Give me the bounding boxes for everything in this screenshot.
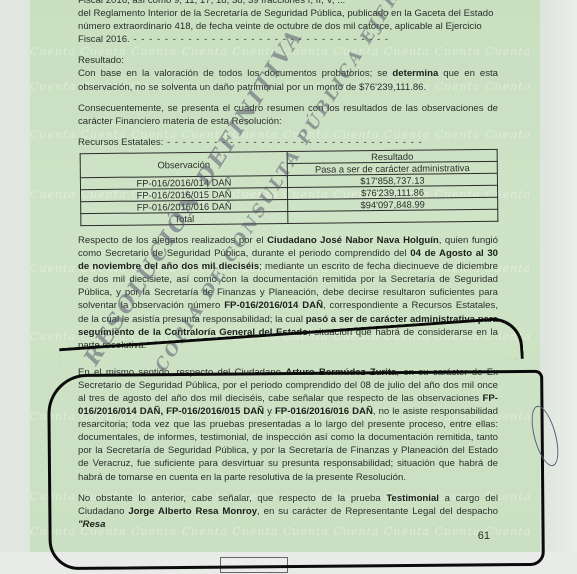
intro-line: del Reglamento Interior de la Secretaría… [78,7,498,20]
bold-run: FP-016/2016/014 DAÑ [224,300,323,311]
resultado-bold: determina [392,68,438,79]
intro-line-text: Fiscal 2016. [78,34,130,45]
consecuentemente-paragraph: Consecuentemente, se presenta el cuadro … [78,102,498,128]
marker-annotation-box [47,370,545,570]
dash-fill [130,34,389,45]
intro-line: Fiscal 2016, así como 9, 11, 17, 18, 38,… [78,0,498,7]
consecuentemente-text: Consecuentemente, se presenta el cuadro … [78,103,498,127]
cell-resultado [288,209,498,223]
bold-run: Ciudadano José Nabor Nava Holguín [267,235,439,246]
header-observacion: Observación [80,151,287,177]
recursos-label: Recursos Estatales: [78,137,163,148]
scan-margin-left [0,0,30,574]
